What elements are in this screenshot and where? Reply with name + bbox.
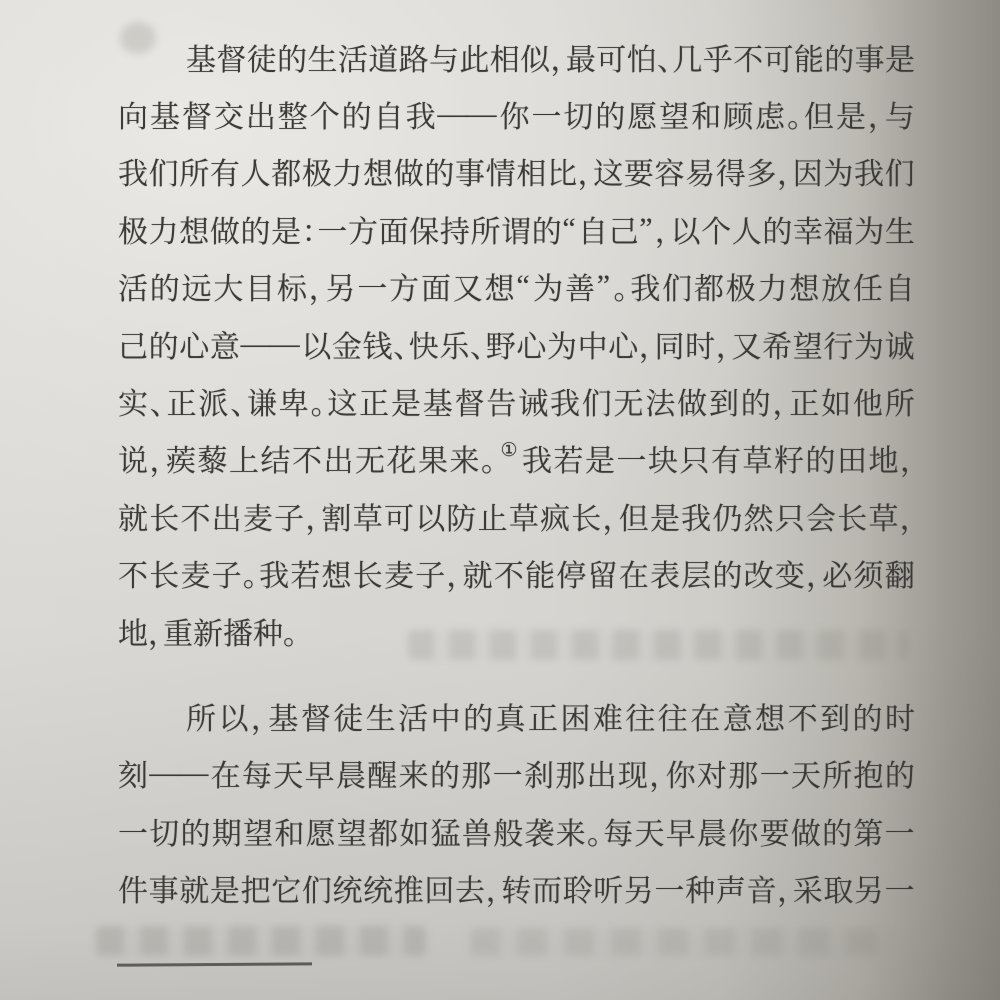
glyph: 面 [421,264,451,308]
glyph: 变 [775,551,805,595]
glyph: 统 [332,866,362,910]
glyph: 己 [118,322,148,366]
glyph: 似 [520,35,550,79]
glyph: 田 [837,436,867,480]
glyph: 就 [179,866,209,910]
glyph: 的 [822,809,852,853]
glyph: 一 [493,751,523,795]
glyph: 在 [690,694,720,738]
glyph: 目 [245,264,275,308]
glyph: 须 [853,551,883,595]
glyph: 想 [485,264,515,308]
glyph: 望 [337,809,367,853]
text-line: 件事就是把它们统统推回去，转而聆听另一种声音，采取另一 [118,859,915,916]
glyph: 一 [655,866,685,910]
text-line: 基督徒的生活道路与此相似，最可怕、几乎不可能的事是 [118,28,915,85]
glyph: 他 [853,379,883,423]
glyph: 那 [461,751,491,795]
glyph: 所 [885,379,915,423]
glyph: 心 [179,322,209,366]
glyph: ” [639,212,654,246]
glyph: 的 [741,379,771,423]
glyph: 草 [353,494,383,538]
glyph: 种 [253,609,283,653]
glyph: 徒 [333,694,363,738]
glyph: 、 [150,379,165,423]
glyph: 时 [685,322,715,366]
glyph: 督 [216,35,246,79]
glyph: 种 [685,866,715,910]
glyph: 放 [821,264,851,308]
glyph: 的 [853,694,883,738]
glyph: 要 [760,809,790,853]
glyph: ： [302,207,317,251]
glyph: 向 [118,92,148,136]
glyph: 极 [118,207,148,251]
glyph: 所 [179,149,209,193]
glyph: 说 [118,436,148,480]
glyph: 声 [716,866,746,910]
glyph: 心 [516,322,546,366]
glyph: 因 [793,149,823,193]
glyph: 的 [806,436,836,480]
glyph: ， [649,751,664,795]
glyph: 的 [712,551,742,595]
glyph: 活 [398,694,428,738]
glyph: 兽 [462,809,492,853]
glyph: 猛 [431,809,461,853]
glyph: 有 [210,149,240,193]
glyph: 刹 [524,751,554,795]
glyph: 基 [150,92,180,136]
text-line: 不长麦子。我若想长麦子，就不能停留在表层的改变，必须翻 [118,545,915,602]
glyph: 都 [271,149,301,193]
glyph: 到 [820,694,850,738]
glyph: 基 [423,379,453,423]
glyph: 的 [424,149,454,193]
glyph: 如 [399,809,429,853]
glyph: 都 [694,264,724,308]
glyph: 的 [463,694,493,738]
glyph: 到 [709,379,739,423]
glyph: 籽 [774,436,804,480]
glyph: 望 [659,92,689,136]
glyph: 实 [118,379,148,423]
glyph: 所 [822,751,852,795]
glyph: ” [597,269,612,303]
glyph: —— [438,97,498,131]
glyph: 卑 [279,379,309,423]
glyph: 得 [716,149,746,193]
glyph: 必 [822,551,852,595]
glyph: 。 [614,264,629,308]
glyph: 播 [223,609,253,653]
glyph: 做 [210,207,240,251]
glyph: 长 [353,551,383,595]
text-line: 地，重新播种。 [118,602,915,659]
glyph: 福 [824,207,854,251]
glyph: 聆 [563,866,593,910]
glyph: 督 [301,694,331,738]
glyph: 不 [292,436,322,480]
glyph: 、 [393,322,408,366]
glyph: 花 [387,436,417,480]
glyph: 力 [149,207,179,251]
glyph: 。 [283,609,298,653]
glyph: 快 [409,322,439,366]
glyph: 是 [271,207,301,251]
glyph: 想 [322,551,352,595]
glyph: 音 [746,866,776,910]
glyph: 力 [758,264,788,308]
glyph: 般 [493,809,523,853]
glyph: 一 [357,264,387,308]
glyph: 结 [261,436,291,480]
glyph: 事 [855,35,885,79]
glyph: ， [716,322,731,366]
glyph: 回 [424,866,454,910]
glyph: 情 [486,149,516,193]
glyph: 能 [525,551,555,595]
glyph: 正 [167,379,197,423]
glyph: 麦 [243,494,273,538]
glyph: 我 [681,494,711,538]
glyph: 的 [149,322,179,366]
text-line: 说，蒺藜上结不出无花果来。①我若是一块只有草籽的田地， [118,430,915,487]
glyph: 愿 [306,809,336,853]
glyph: 切 [563,92,593,136]
glyph: 们 [149,149,179,193]
glyph: 困 [560,694,590,738]
glyph: 不 [494,551,524,595]
glyph: 但 [804,92,834,136]
glyph: 是 [210,866,240,910]
glyph: ， [655,207,670,251]
glyph: 它 [271,866,301,910]
text-line: 就长不出麦子，割草可以防止草疯长，但是我仍然只会长草， [118,487,915,544]
glyph: 正 [789,379,819,423]
glyph: 。 [311,379,326,423]
glyph: 出 [212,494,242,538]
glyph: 己 [609,207,639,251]
glyph: 与 [885,92,915,136]
text-line: 刻——在每天早晨醒来的那一刹那出现，你对那一天所抱的 [118,745,915,802]
glyph: 方 [348,207,378,251]
glyph: 做 [791,809,821,853]
glyph: ， [148,609,163,653]
glyph: 每 [242,751,272,795]
glyph: 袭 [524,809,554,853]
bleedthrough-smudge [96,926,426,956]
glyph: 想 [755,694,785,738]
glyph: 正 [359,379,389,423]
glyph: 又 [731,322,761,366]
glyph: 怕 [627,35,657,79]
glyph: 表 [650,551,680,595]
glyph: 出 [587,751,617,795]
glyph: 易 [685,149,715,193]
glyph: 乐 [439,322,469,366]
glyph: 来 [556,809,586,853]
glyph: 可 [596,35,626,79]
paragraph: 所以，基督徒生活中的真正困难往往在意想不到的时刻——在每天早晨醒来的那一刹那出现… [118,687,915,917]
glyph: 极 [302,149,332,193]
glyph: ， [551,35,566,79]
footnote-divider [117,962,312,966]
glyph: 中 [578,322,608,366]
glyph: 整 [278,92,308,136]
glyph: 我 [522,436,552,480]
glyph: 和 [274,809,304,853]
glyph: 、 [230,379,245,423]
text-line: 实、正派、谦卑。这正是基督告诫我们无法做到的，正如他所 [118,372,915,429]
glyph: 自 [578,207,608,251]
glyph: 是 [650,494,680,538]
glyph: 不 [788,694,818,738]
glyph: 时 [885,694,915,738]
glyph: “ [562,212,577,246]
glyph: 一 [317,207,347,251]
glyph: 相 [490,35,520,79]
glyph: 人 [732,207,762,251]
glyph: 来 [399,751,429,795]
glyph: 上 [229,436,259,480]
glyph: 子 [274,494,304,538]
text-line: 我们所有人都极力想做的事情相比，这要容易得多，因为我们 [118,143,915,200]
glyph: ， [446,551,461,595]
glyph: 子 [212,551,242,595]
glyph: 路 [399,35,429,79]
glyph: 子 [415,551,445,595]
glyph: 、 [657,35,672,79]
glyph: 块 [648,436,678,480]
glyph: 愿 [627,92,657,136]
glyph: 。 [243,551,258,595]
glyph: 但 [619,494,649,538]
glyph: 那 [555,751,585,795]
glyph: 事 [455,149,485,193]
glyph: 来 [450,436,480,480]
glyph: 事 [149,866,179,910]
glyph: 晨 [697,809,727,853]
glyph: 望 [243,809,273,853]
glyph: —— [241,327,301,361]
glyph: 又 [453,264,483,308]
glyph: 有 [711,436,741,480]
glyph: 道 [368,35,398,79]
glyph: 在 [211,751,241,795]
glyph: 个 [701,207,731,251]
glyph: 可 [384,494,414,538]
glyph: 容 [655,149,685,193]
glyph: 要 [624,149,654,193]
glyph: 若 [290,551,320,595]
glyph: 的 [277,35,307,79]
glyph: 是 [585,436,615,480]
glyph: 生 [366,694,396,738]
glyph: 而 [532,866,562,910]
glyph: 我 [406,92,436,136]
glyph: 这 [327,379,357,423]
glyph: 以 [415,494,445,538]
glyph: 们 [662,264,692,308]
glyph: 长 [571,494,601,538]
glyph: 止 [478,494,508,538]
glyph: 然 [744,494,774,538]
glyph: 无 [614,379,644,423]
glyph: 我 [118,149,148,193]
glyph: 基 [268,694,298,738]
glyph: 的 [430,751,460,795]
glyph: 长 [149,551,179,595]
glyph: ， [309,264,324,308]
glyph: 另 [854,866,884,910]
glyph: 善 [565,264,595,308]
glyph: 对 [697,751,727,795]
glyph: 活 [118,264,148,308]
glyph: ， [777,866,792,910]
footnote-marker: ① [498,439,521,462]
glyph: 你 [728,809,758,853]
glyph: 新 [193,609,223,653]
glyph: 人 [241,149,271,193]
glyph: 大 [213,264,243,308]
glyph: 草 [509,494,539,538]
glyph: 一 [760,751,790,795]
glyph: 持 [440,207,470,251]
glyph: 防 [446,494,476,538]
glyph: 现 [618,751,648,795]
glyph: 正 [528,694,558,738]
glyph: 生 [308,35,338,79]
glyph: 自 [885,264,915,308]
text-line: 极力想做的是：一方面保持所谓的“自己”，以个人的幸福为生 [118,200,915,257]
glyph: 如 [821,379,851,423]
glyph: 顾 [723,92,753,136]
glyph: 基 [186,35,216,79]
glyph: 徒 [247,35,277,79]
glyph: 诚 [885,322,915,366]
glyph: 们 [302,866,332,910]
glyph: 几 [672,35,702,79]
glyph: 。 [481,436,496,480]
glyph: 与 [429,35,459,79]
glyph: 改 [744,551,774,595]
glyph: 此 [459,35,489,79]
glyph: 切 [149,809,179,853]
glyph: 做 [394,149,424,193]
glyph: 法 [645,379,675,423]
glyph: 不 [118,551,148,595]
glyph: 刻 [118,751,148,795]
glyph: 的 [342,92,372,136]
glyph: 取 [823,866,853,910]
glyph: 麦 [384,551,414,595]
glyph: 在 [619,551,649,595]
glyph: 天 [635,809,665,853]
glyph: 比 [547,149,577,193]
glyph: 你 [499,92,529,136]
glyph: 的 [532,207,562,251]
glyph: 的 [181,809,211,853]
glyph: 自 [374,92,404,136]
glyph: 为 [854,322,884,366]
glyph: 们 [582,379,612,423]
glyph: “ [516,269,531,303]
glyph: 另 [624,866,654,910]
glyph: ， [777,149,792,193]
glyph: 抱 [854,751,884,795]
glyph: 能 [794,35,824,79]
glyph: 一 [118,809,148,853]
glyph: 的 [885,751,915,795]
glyph: 一 [885,809,915,853]
glyph: 层 [681,551,711,595]
glyph: 乎 [703,35,733,79]
glyph: 麦 [180,551,210,595]
glyph: 。 [587,809,602,853]
glyph: 出 [324,436,354,480]
glyph: 督 [455,379,485,423]
glyph: 幸 [793,207,823,251]
glyph: 所 [471,207,501,251]
glyph: 远 [182,264,212,308]
glyph: 我 [259,551,289,595]
glyph: 蒺 [166,436,196,480]
glyph: 只 [680,436,710,480]
text-line: 一切的期望和愿望都如猛兽般袭来。每天早晨你要做的第一 [118,802,915,859]
glyph: 告 [486,379,516,423]
glyph: 方 [389,264,419,308]
glyph: 推 [394,866,424,910]
glyph: —— [149,756,209,790]
glyph: 想 [363,149,393,193]
glyph: 地 [869,436,899,480]
glyph: 生 [885,207,915,251]
glyph: 极 [726,264,756,308]
glyph: 期 [212,809,242,853]
glyph: 不 [733,35,763,79]
glyph: 意 [210,322,240,366]
glyph: 我 [854,149,884,193]
glyph: 真 [496,694,526,738]
glyph: 出 [246,92,276,136]
glyph: 停 [556,551,586,595]
glyph: 果 [418,436,448,480]
glyph: 钱 [362,322,392,366]
glyph: 不 [180,494,210,538]
glyph: 标 [277,264,307,308]
glyph: ， [305,494,320,538]
glyph: 这 [593,149,623,193]
glyph: 是 [391,379,421,423]
glyph: 力 [332,149,362,193]
glyph: 多 [746,149,776,193]
glyph: 把 [241,866,271,910]
glyph: 中 [431,694,461,738]
glyph: 无 [355,436,385,480]
glyph: 早 [305,751,335,795]
body-text: 基督徒的生活道路与此相似，最可怕、几乎不可能的事是向基督交出整个的自我——你一切… [118,28,915,917]
glyph: 的 [824,35,854,79]
glyph: 野 [486,322,516,366]
glyph: 交 [214,92,244,136]
glyph: 的 [150,264,180,308]
glyph: 希 [762,322,792,366]
glyph: 。 [787,92,802,136]
glyph: 晨 [336,751,366,795]
glyph: 割 [322,494,352,538]
